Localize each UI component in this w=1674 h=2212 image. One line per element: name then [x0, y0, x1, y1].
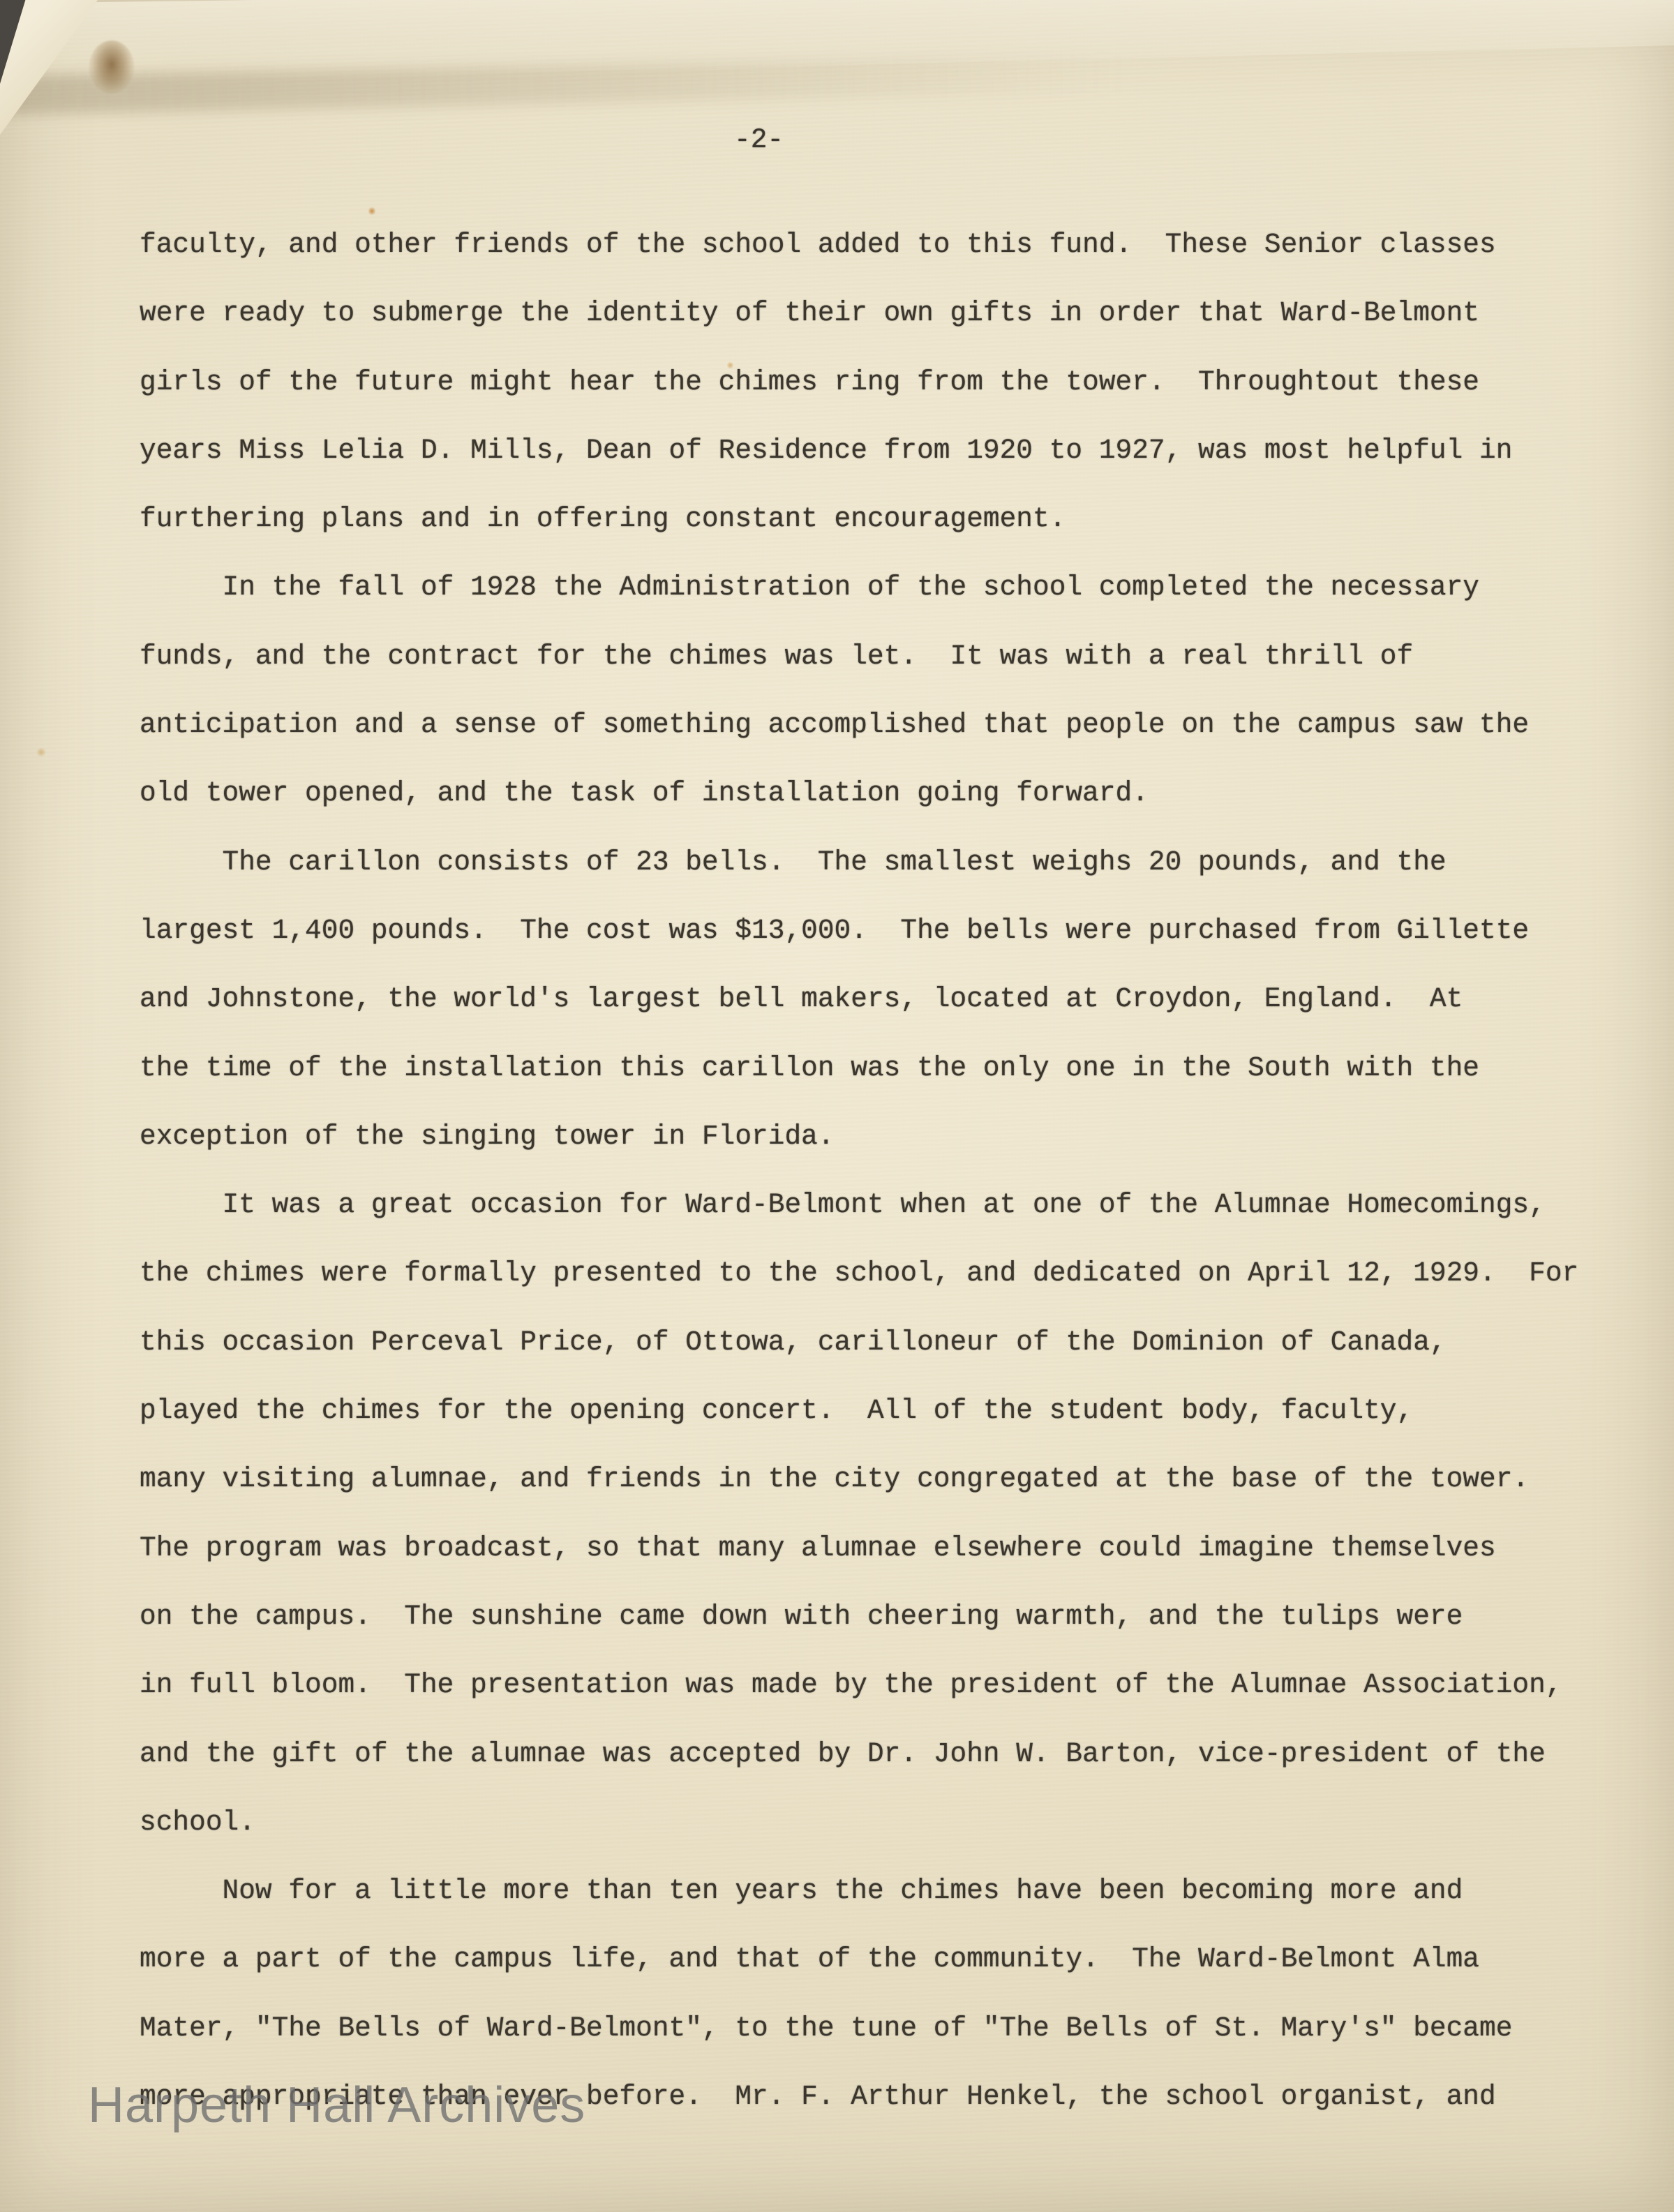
text-line: more a part of the campus life, and that…	[140, 1925, 1647, 1994]
text-line: on the campus. The sunshine came down wi…	[140, 1583, 1647, 1651]
paper-stain	[89, 40, 134, 94]
typewritten-text: faculty, and other friends of the school…	[140, 211, 1647, 2131]
text-line: many visiting alumnae, and friends in th…	[140, 1445, 1647, 1514]
text-line: largest 1,400 pounds. The cost was $13,0…	[140, 897, 1647, 965]
text-line: girls of the future might hear the chime…	[140, 348, 1647, 417]
text-line: school.	[140, 1788, 1647, 1857]
paper-speck	[36, 748, 46, 756]
text-line: the time of the installation this carill…	[140, 1034, 1647, 1103]
text-line: in full bloom. The presentation was made…	[140, 1651, 1647, 1719]
text-line: Now for a little more than ten years the…	[140, 1857, 1647, 1925]
text-line: years Miss Lelia D. Mills, Dean of Resid…	[140, 417, 1647, 485]
text-line: were ready to submerge the identity of t…	[140, 279, 1647, 348]
archive-watermark: Harpeth Hall Archives	[88, 2077, 585, 2134]
text-line: this occasion Perceval Price, of Ottowa,…	[140, 1308, 1647, 1377]
text-line: old tower opened, and the task of instal…	[140, 759, 1647, 828]
text-line: The carillon consists of 23 bells. The s…	[140, 828, 1647, 897]
text-line: In the fall of 1928 the Administration o…	[140, 553, 1647, 622]
page-number: -2-	[734, 124, 784, 156]
text-line: It was a great occasion for Ward-Belmont…	[140, 1171, 1647, 1239]
paper-sheet: -2- faculty, and other friends of the sc…	[0, 0, 1674, 2212]
text-line: exception of the singing tower in Florid…	[140, 1103, 1647, 1171]
text-line: and the gift of the alumnae was accepted…	[140, 1720, 1647, 1788]
text-line: furthering plans and in offering constan…	[140, 485, 1647, 553]
text-line: funds, and the contract for the chimes w…	[140, 622, 1647, 691]
scanned-page: -2- faculty, and other friends of the sc…	[0, 0, 1674, 2212]
text-line: and Johnstone, the world's largest bell …	[140, 965, 1647, 1033]
text-line: Mater, "The Bells of Ward-Belmont", to t…	[140, 1994, 1647, 2063]
text-line: played the chimes for the opening concer…	[140, 1377, 1647, 1445]
text-line: anticipation and a sense of something ac…	[140, 691, 1647, 759]
text-line: the chimes were formally presented to th…	[140, 1239, 1647, 1308]
text-line: The program was broadcast, so that many …	[140, 1514, 1647, 1583]
text-line: faculty, and other friends of the school…	[140, 211, 1647, 279]
